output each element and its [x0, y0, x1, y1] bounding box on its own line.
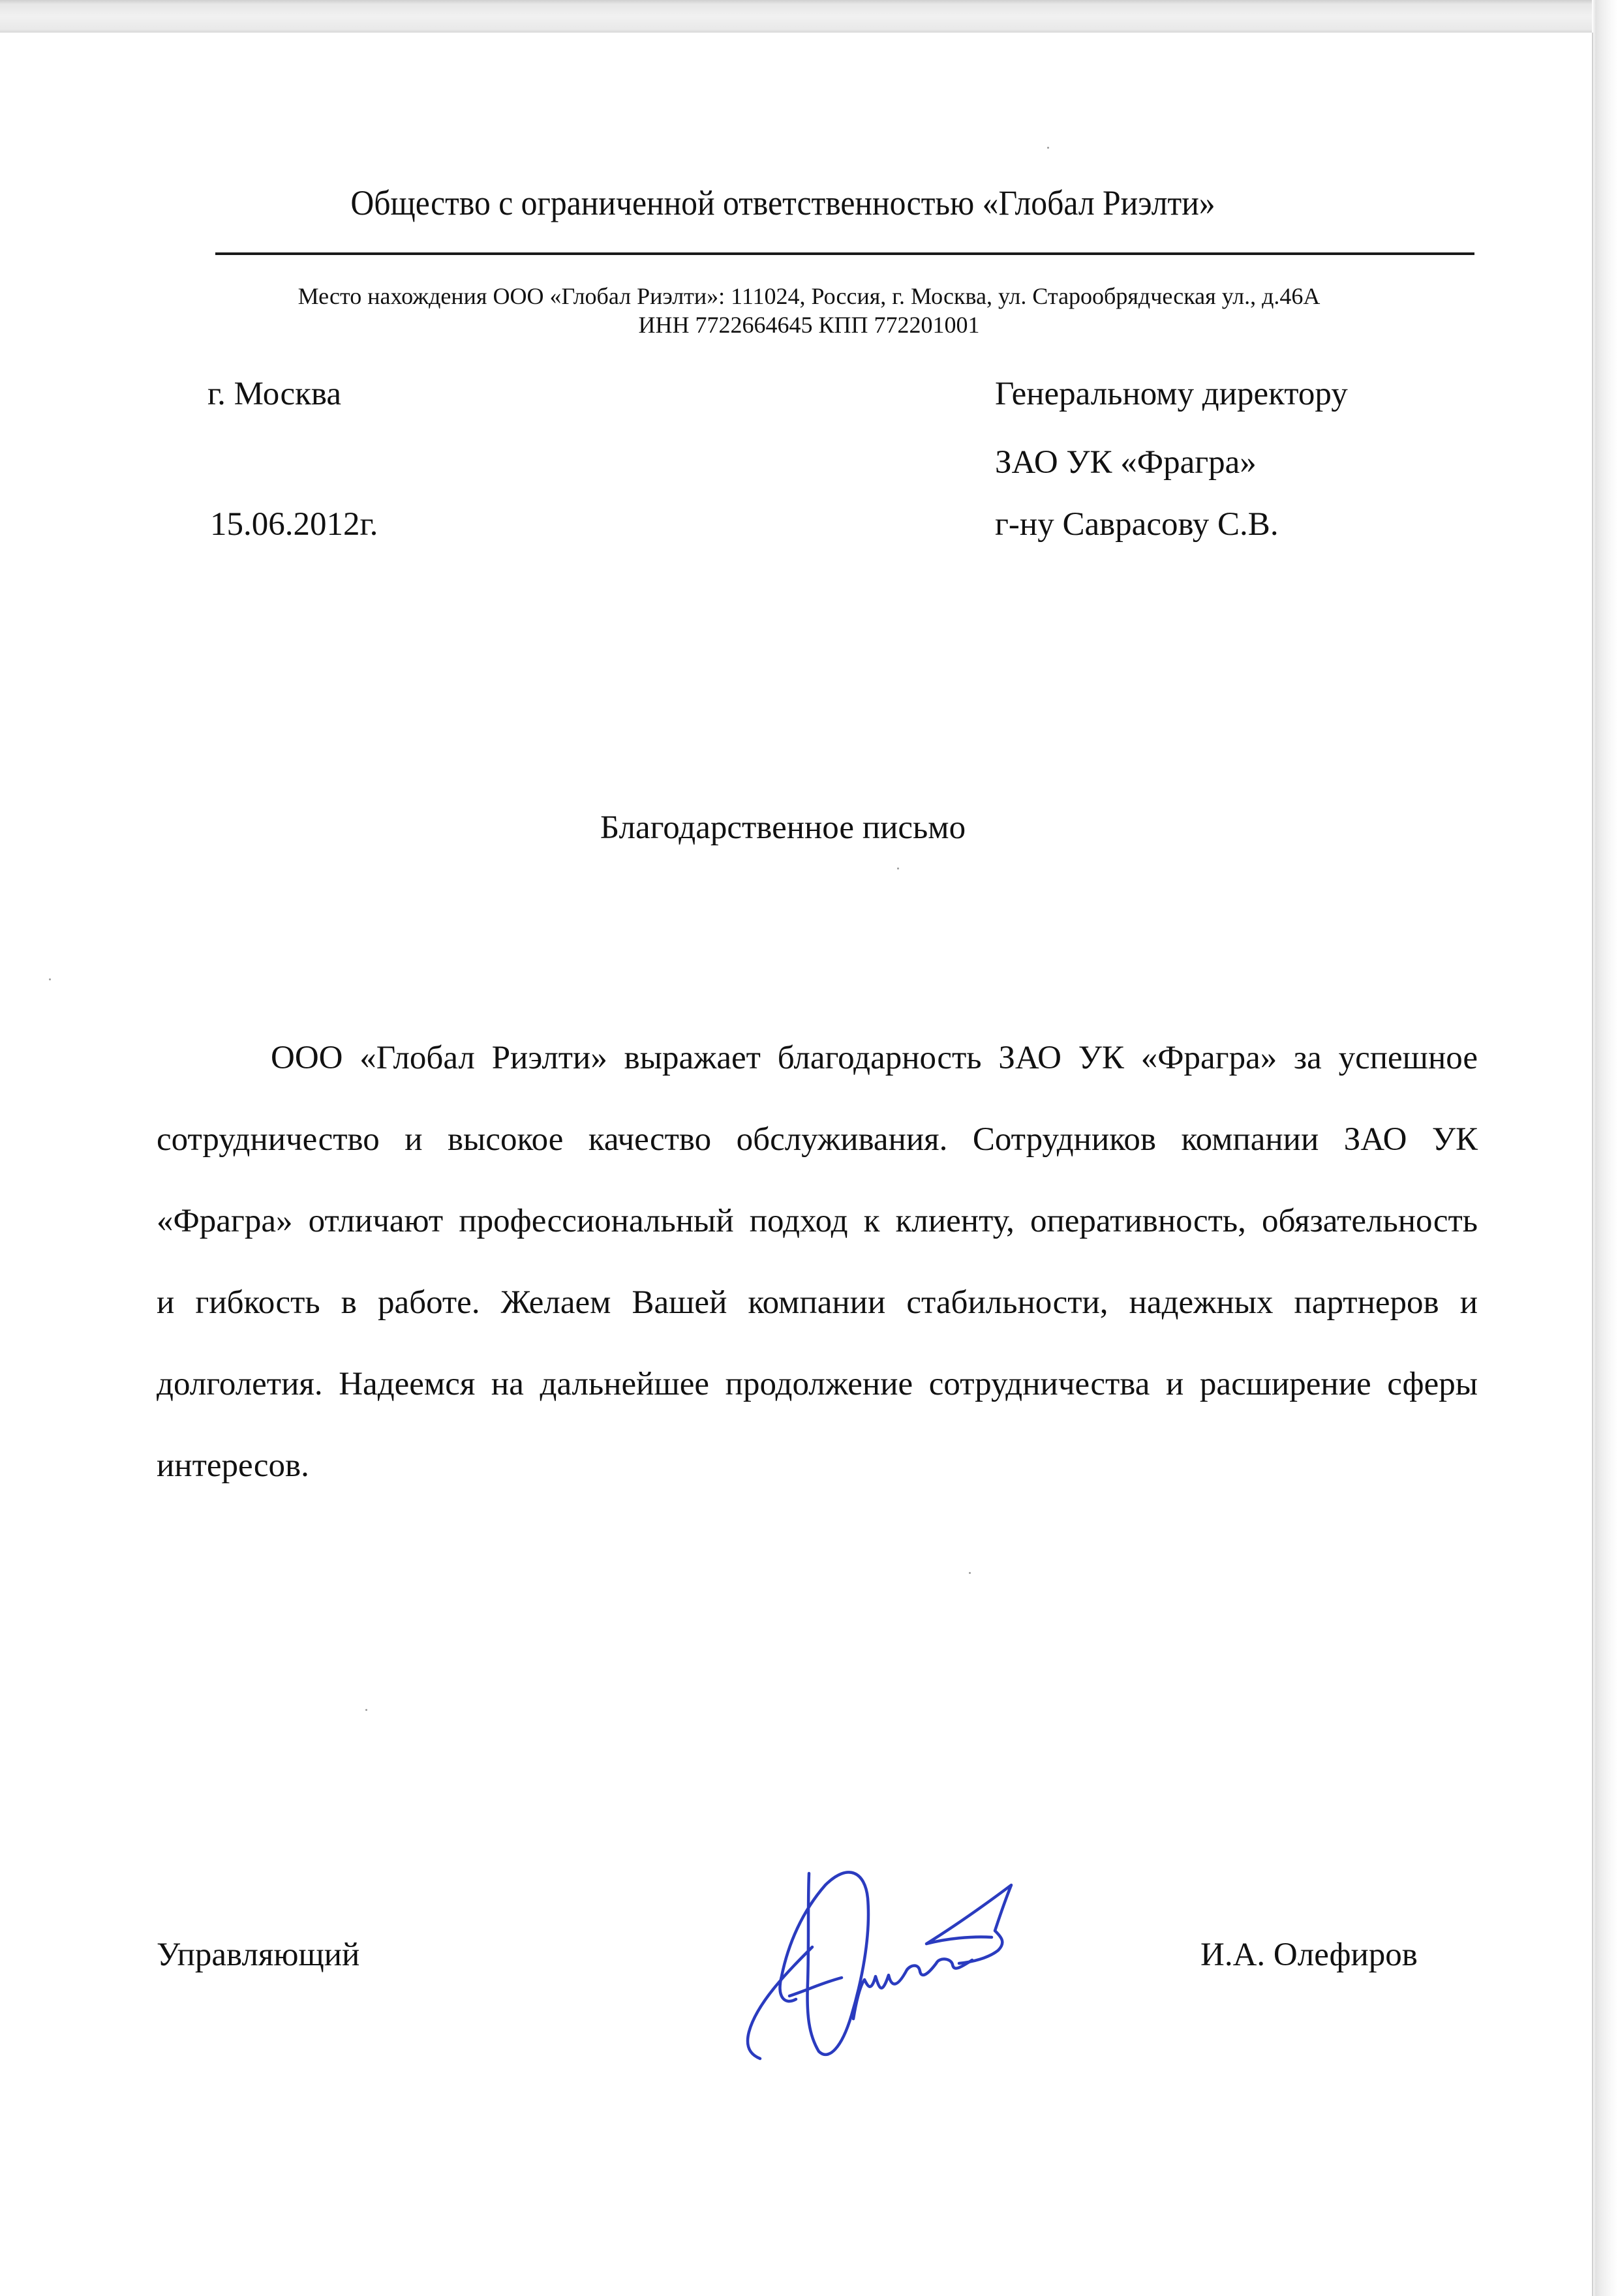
scan-speck [365, 1709, 367, 1711]
scan-speck [1047, 147, 1049, 149]
letterhead-divider [215, 252, 1474, 255]
handwritten-signature-icon [711, 1865, 1063, 2061]
scan-edge-top [0, 0, 1605, 33]
letter-date: 15.06.2012г. [210, 506, 378, 543]
recipient-company: ЗАО УК «Фрагра» [995, 444, 1257, 481]
letterhead-tax-ids: ИНН 7722664645 КПП 772201001 [0, 310, 1618, 339]
recipient-name: г-ну Саврасову С.В. [995, 506, 1279, 543]
scan-speck [897, 868, 899, 869]
letterhead-organization: Общество с ограниченной ответственностью… [63, 183, 1503, 223]
document-title: Благодарственное письмо [0, 809, 1566, 847]
recipient-position: Генеральному директору [995, 375, 1348, 413]
letter-city: г. Москва [207, 375, 341, 413]
scan-page-edge [1592, 33, 1593, 2296]
scan-speck [969, 1572, 971, 1574]
scan-speck [49, 978, 51, 980]
letterhead-address: Место нахождения ООО «Глобал Риэлти»: 11… [0, 282, 1618, 310]
scan-edge-right [1592, 0, 1618, 2296]
signatory-role: Управляющий [157, 1936, 359, 1974]
signatory-name: И.А. Олефиров [1200, 1936, 1418, 1974]
letter-body: ООО «Глобал Риэлти» выражает благодарнос… [157, 1018, 1478, 1507]
